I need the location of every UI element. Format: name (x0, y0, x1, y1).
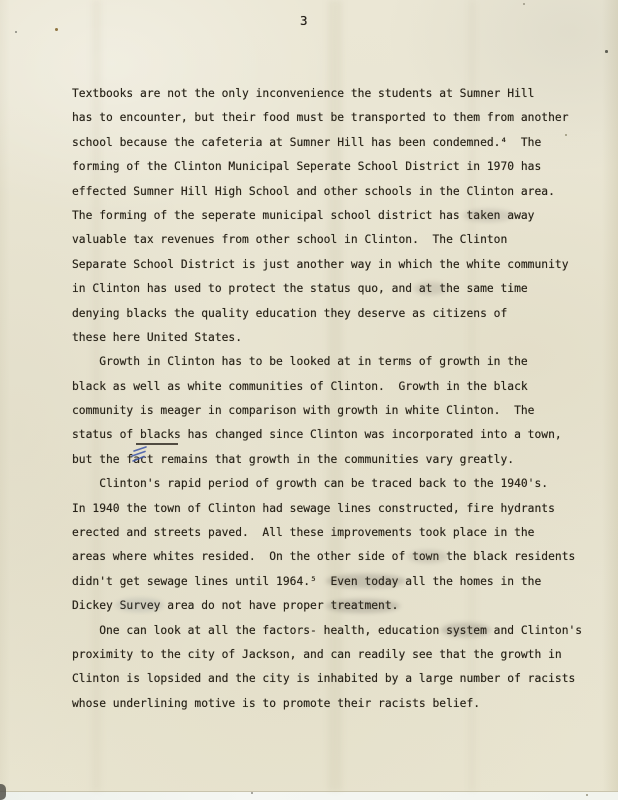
text-line: has to encounter, but their food must be… (72, 106, 602, 130)
text-line: forming of the Clinton Municipal Seperat… (72, 155, 602, 179)
text-line: denying blacks the quality education the… (72, 302, 602, 326)
scanned-document-page: 3 Textbooks are not the only inconvenien… (0, 0, 618, 800)
text-line: community is meager in comparison with g… (72, 399, 602, 423)
text-line: valuable tax revenues from other school … (72, 228, 602, 252)
paper-speck (55, 28, 58, 31)
typed-text: Textbooks are not the only inconvenience… (72, 82, 602, 716)
ink-smudge (326, 599, 400, 613)
text-line: Growth in Clinton has to be looked at in… (72, 350, 602, 374)
text-line: areas where whites resided. On the other… (72, 545, 602, 569)
paper-speck (523, 3, 525, 5)
text-line: In 1940 the town of Clinton had sewage l… (72, 497, 602, 521)
ink-smudge (414, 282, 448, 295)
text-line: whose underlining motive is to promote t… (72, 692, 602, 716)
paper-speck (565, 134, 567, 136)
text-line: effected Sumner Hill High School and oth… (72, 180, 602, 204)
text-line: proximity to the city of Jackson, and ca… (72, 643, 602, 667)
text-line: black as well as white communities of Cl… (72, 375, 602, 399)
paper-speck (251, 792, 253, 794)
handwritten-blue-mark (129, 445, 159, 463)
paper-speck (586, 794, 588, 796)
text-line: erected and streets paved. All these imp… (72, 521, 602, 545)
text-line: Separate School District is just another… (72, 253, 602, 277)
text-line: in Clinton has used to protect the statu… (72, 277, 602, 301)
text-line: One can look at all the factors- health,… (72, 619, 602, 643)
paper-speck (15, 31, 17, 33)
text-line: Clinton's rapid period of growth can be … (72, 472, 602, 496)
ink-smudge (326, 574, 406, 588)
ink-smudge (463, 209, 513, 222)
ink-smudge (408, 550, 448, 563)
page-number: 3 (300, 13, 308, 28)
ink-smudge (441, 623, 491, 637)
text-line: these here United States. (72, 326, 602, 350)
text-line: school because the cafeteria at Sumner H… (72, 131, 602, 155)
page-corner-shadow (0, 784, 6, 800)
ink-smudge (116, 598, 164, 612)
text-line: Textbooks are not the only inconvenience… (72, 82, 602, 106)
paper-speck (605, 50, 608, 53)
text-line: The forming of the seperate municipal sc… (72, 204, 602, 228)
text-line: Clinton is lopsided and the city is inha… (72, 667, 602, 691)
